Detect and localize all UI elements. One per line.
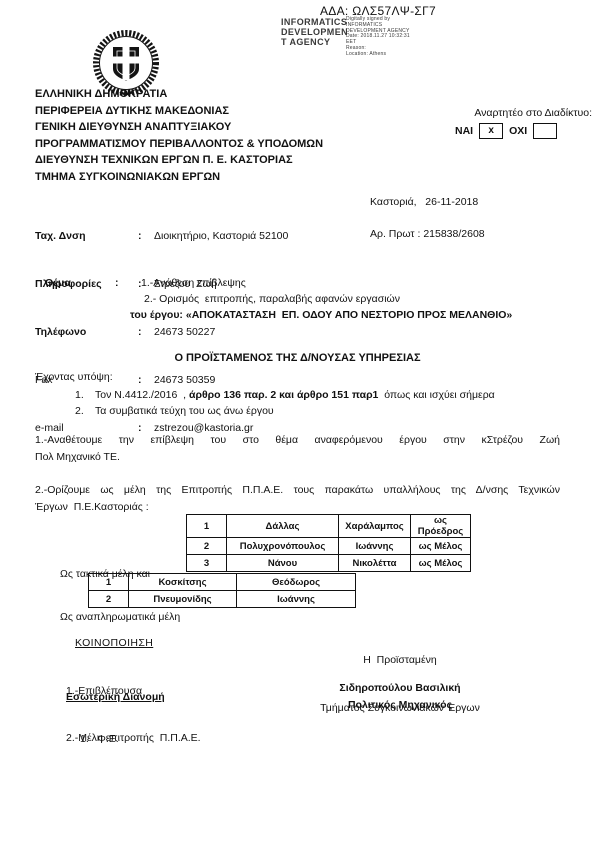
org-line: ΓΕΝΙΚΗ ΔΙΕΥΘΥΝΣΗ ΑΝΑΠΤΥΞΙΑΚΟΥ	[35, 119, 323, 136]
alternate-members-caption: Ως αναπληρωματικά μέλη	[60, 611, 180, 623]
subject-colon: :	[115, 277, 119, 289]
internal-distribution-heading: Εσωτερική Διανομή	[66, 691, 165, 703]
member-index: 1	[89, 574, 129, 591]
member-surname: Κοσκίτσης	[129, 574, 237, 591]
signature-stamp-details: Digitally signed by INFORMATICS DEVELOPM…	[346, 17, 410, 58]
contact-value: 24673 50359	[154, 372, 215, 388]
table-row: 3 Νάνου Νικολέττα ως Μέλος	[187, 555, 471, 572]
member-firstname: Νικολέττα	[339, 555, 411, 572]
table-row: 2 Πολυχρονόπουλος Ιωάννης ως Μέλος	[187, 538, 471, 555]
org-header: ΕΛΛΗΝΙΚΗ ΔΗΜΟΚΡΑΤΙΑ ΠΕΡΙΦΕΡΕΙΑ ΔΥΤΙΚΗΣ Μ…	[35, 86, 323, 185]
contact-block: Ταχ. Δνση:Διοικητήριο, Καστοριά 52100 Πλ…	[35, 196, 288, 468]
document-page: ΑΔΑ: ΩΛΣ57ΛΨ-ΣΓ7 INFORMATICS DEVELOPMEN …	[0, 0, 595, 842]
contact-label: Ταχ. Δνση	[35, 228, 138, 244]
member-firstname: Χαράλαμπος	[339, 515, 411, 538]
notification-heading: ΚΟΙΝΟΠΟΙΗΣΗ	[75, 637, 153, 649]
consideration-item: Τον Ν.4412./2016 , άρθρο 136 παρ. 2 και …	[95, 389, 565, 401]
stamp-agency-line: INFORMATICS	[281, 17, 348, 27]
internet-posting-label: Αναρτητέο στο Διαδίκτυο:	[410, 107, 592, 119]
consideration-item: Τα συμβατικά τεύχη του ως άνω έργου	[95, 405, 565, 417]
consideration-number: 2.	[75, 405, 93, 417]
member-index: 2	[89, 591, 129, 608]
alternate-members-table: 1 Κοσκίτσης Θεόδωρος 2 Πνευμονίδης Ιωάνν…	[88, 573, 356, 608]
consideration-number: 1.	[75, 389, 93, 401]
subject-project-title: του έργου: «ΑΠΟΚΑΤΑΣΤΑΣΗ ΕΠ. ΟΔΟΥ ΑΠΟ ΝΕ…	[130, 309, 580, 321]
committee-paragraph: 2.-Ορίζουμε ως μέλη της Επιτροπής Π.Π.Α.…	[35, 482, 560, 515]
subject-line-2: 2.- Ορισμός επιτροπής, παραλαβής αφανών …	[144, 293, 400, 305]
having-regard-label: Έχοντας υπόψη:	[35, 371, 113, 383]
table-row: 1 Κοσκίτσης Θεόδωρος	[89, 574, 356, 591]
contact-row: Τηλέφωνο:24673 50227	[35, 324, 288, 340]
signatory-name: Σιδηροπούλου Βασιλική	[310, 680, 490, 697]
contact-value: 24673 50227	[154, 324, 215, 340]
stamp-agency-line: DEVELOPMEN	[281, 27, 348, 37]
member-index: 2	[187, 538, 227, 555]
subject-line-1: 1.-Ανάθεση επίβλεψης	[141, 277, 246, 289]
contact-label: Τηλέφωνο	[35, 324, 138, 340]
signatory-name-block: Σιδηροπούλου Βασιλική Πολιτικός Μηχανικό…	[310, 680, 490, 713]
org-line: ΕΛΛΗΝΙΚΗ ΔΗΜΟΚΡΑΤΙΑ	[35, 86, 323, 103]
posting-yes-checkbox[interactable]: x	[479, 123, 503, 139]
assignment-paragraph: 1.-Αναθέτουμε την επίβλεψη του στο θέμα …	[35, 432, 560, 465]
table-row: 1 Δάλλας Χαράλαμπος ως Πρόεδρος	[187, 515, 471, 538]
protocol-number: Αρ. Πρωτ : 215838/2608	[370, 228, 485, 240]
member-surname: Πολυχρονόπουλος	[227, 538, 339, 555]
member-firstname: Ιωάννης	[237, 591, 356, 608]
contact-row: Ταχ. Δνση:Διοικητήριο, Καστοριά 52100	[35, 228, 288, 244]
stamp-agency-line: T AGENCY	[281, 37, 348, 47]
member-surname: Πνευμονίδης	[129, 591, 237, 608]
org-line: ΤΜΗΜΑ ΣΥΓΚΟΙΝΩΝΙΑΚΩΝ ΕΡΓΩΝ	[35, 169, 323, 186]
member-index: 3	[187, 555, 227, 572]
member-role: ως Μέλος	[411, 538, 471, 555]
org-line: ΠΕΡΙΦΕΡΕΙΑ ΔΥΤΙΚΗΣ ΜΑΚΕΔΟΝΙΑΣ	[35, 103, 323, 120]
member-surname: Νάνου	[227, 555, 339, 572]
org-line: ΠΡΟΓΡΑΜΜΑΤΙΣΜΟΥ ΠΕΡΙΒΑΛΛΟΝΤΟΣ & ΥΠΟΔΟΜΩΝ	[35, 136, 323, 153]
member-firstname: Ιωάννης	[339, 538, 411, 555]
org-line: ΔΙΕΥΘΥΝΣΗ ΤΕΧΝΙΚΩΝ ΕΡΓΩΝ Π. Ε. ΚΑΣΤΟΡΙΑΣ	[35, 152, 323, 169]
committee-members-table: 1 Δάλλας Χαράλαμπος ως Πρόεδρος 2 Πολυχρ…	[186, 514, 471, 572]
signatory-role: Πολιτικός Μηχανικός	[310, 697, 490, 714]
member-index: 1	[187, 515, 227, 538]
internal-distribution-list: 1. Φ.Ε.	[80, 709, 119, 769]
table-row: 2 Πνευμονίδης Ιωάννης	[89, 591, 356, 608]
subject-label: Θέμα	[45, 277, 71, 289]
decision-heading: Ο ΠΡΟΪΣΤΑΜΕΝΟΣ ΤΗΣ Δ/ΝΟΥΣΑΣ ΥΠΗΡΕΣΙΑΣ	[35, 352, 560, 364]
internet-posting-choices: ΝΑΙ x ΟΧΙ	[455, 123, 557, 139]
member-role: ως Μέλος	[411, 555, 471, 572]
posting-no-label: ΟΧΙ	[509, 125, 527, 137]
internal-distribution-item: 1. Φ.Ε.	[80, 733, 119, 745]
posting-no-checkbox[interactable]	[533, 123, 557, 139]
city-date: Καστοριά, 26-11-2018	[370, 196, 478, 208]
member-surname: Δάλλας	[227, 515, 339, 538]
posting-yes-label: ΝΑΙ	[455, 125, 473, 137]
contact-value: Διοικητήριο, Καστοριά 52100	[154, 228, 288, 244]
signature-stamp-agency: INFORMATICS DEVELOPMEN T AGENCY	[281, 17, 348, 47]
member-firstname: Θεόδωρος	[237, 574, 356, 591]
stamp-detail-line: Location: Athens	[346, 52, 410, 58]
member-role: ως Πρόεδρος	[411, 515, 471, 538]
